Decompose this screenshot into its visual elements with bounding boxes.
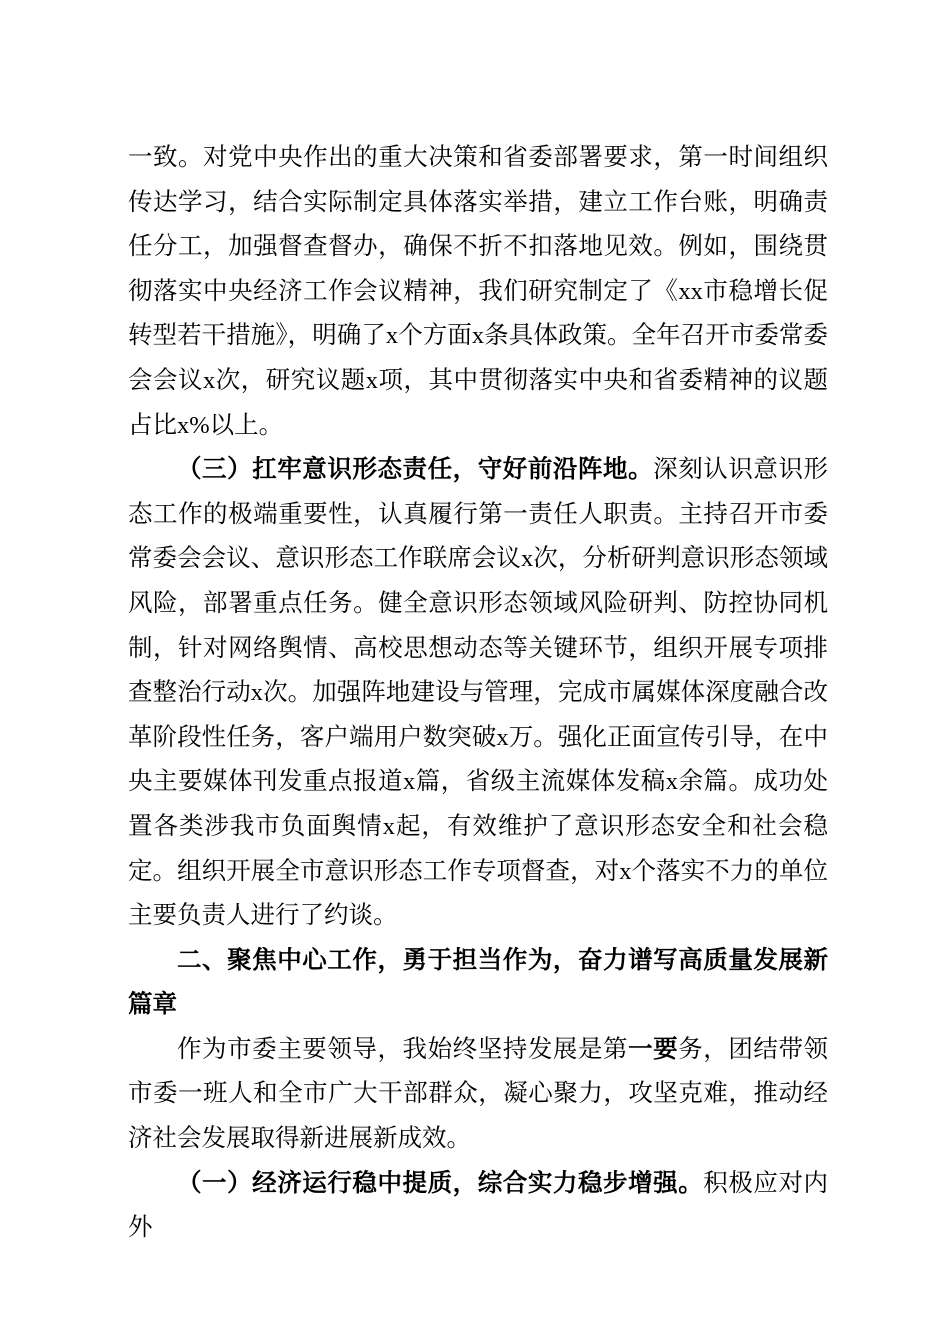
document-page: 一致。对党中央作出的重大决策和省委部署要求，第一时间组织传达学习，结合实际制定具… — [0, 0, 950, 1344]
paragraph: 一致。对党中央作出的重大决策和省委部署要求，第一时间组织传达学习，结合实际制定具… — [128, 136, 828, 448]
document-text-column: 一致。对党中央作出的重大决策和省委部署要求，第一时间组织传达学习，结合实际制定具… — [128, 136, 828, 1251]
text-segment: 作为市委主要领导，我始终坚持发展是第 — [177, 1036, 628, 1063]
bold-text-segment: 二、聚焦中心工作，勇于担当作为，奋力谱写高质量发展新篇章 — [128, 947, 828, 1019]
bold-text-segment: （一）经济运行稳中提质，综合实力稳步增强。 — [177, 1170, 703, 1197]
paragraph: （三）扛牢意识形态责任，守好前沿阵地。深刻认识意识形态工作的极端重要性，认真履行… — [128, 448, 828, 939]
section-heading: 二、聚焦中心工作，勇于担当作为，奋力谱写高质量发展新篇章 — [128, 939, 828, 1028]
bold-text-segment: （三）扛牢意识形态责任，守好前沿阵地。 — [177, 456, 653, 483]
text-segment: 一致。对党中央作出的重大决策和省委部署要求，第一时间组织传达学习，结合实际制定具… — [128, 144, 828, 439]
paragraph: 作为市委主要领导，我始终坚持发展是第一要务，团结带领市委一班人和全市广大干部群众… — [128, 1028, 828, 1162]
bold-text-segment: 一要 — [628, 1036, 678, 1063]
text-segment: 深刻认识意识形态工作的极端重要性，认真履行第一责任人职责。主持召开市委常委会会议… — [128, 456, 828, 929]
paragraph: （一）经济运行稳中提质，综合实力稳步增强。积极应对内外 — [128, 1162, 828, 1251]
